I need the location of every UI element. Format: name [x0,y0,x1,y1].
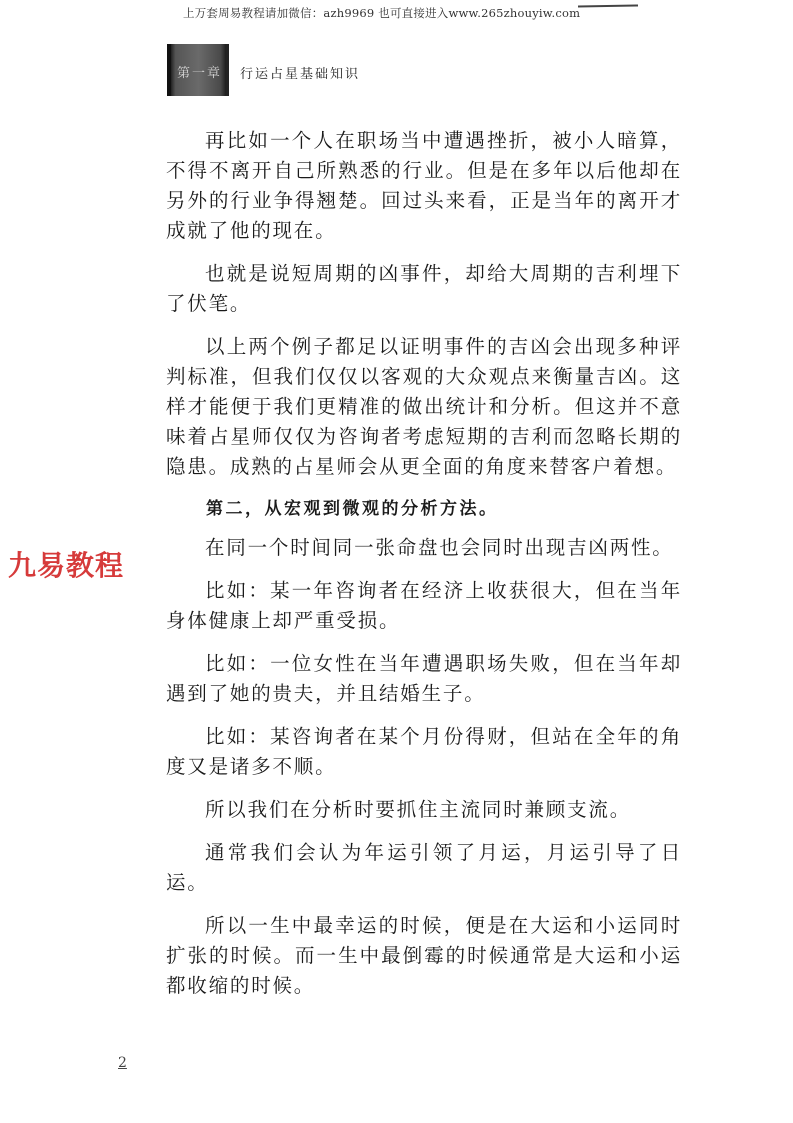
paragraph: 所以一生中最幸运的时候，便是在大运和小运同时扩张的时候。而一生中最倒霉的时候通常… [166,911,682,1001]
paragraph: 所以我们在分析时要抓住主流同时兼顾支流。 [166,795,682,825]
section-heading: 第二，从宏观到微观的分析方法。 [206,495,682,523]
paragraph: 以上两个例子都足以证明事件的吉凶会出现多种评判标准，但我们仅仅以客观的大众观点来… [166,332,682,482]
paragraph: 在同一个时间同一张命盘也会同时出现吉凶两性。 [166,533,682,563]
top-banner: 上万套周易教程请加微信：azh9969 也可直接进入www.265zhouyiw… [183,5,580,21]
page-number: 2 [118,1055,127,1071]
chapter-badge: 第一章 [167,44,229,96]
paragraph: 通常我们会认为年运引领了月运，月运引导了日运。 [166,838,682,898]
decorative-line [578,4,638,7]
paragraph: 再比如一个人在职场当中遭遇挫折，被小人暗算，不得不离开自己所熟悉的行业。但是在多… [166,126,682,246]
paragraph: 比如：一位女性在当年遭遇职场失败，但在当年却遇到了她的贵夫，并且结婚生子。 [166,649,682,709]
watermark: 九易教程 [8,544,124,584]
paragraph: 比如：某一年咨询者在经济上收获很大，但在当年身体健康上却严重受损。 [166,576,682,636]
paragraph: 也就是说短周期的凶事件，却给大周期的吉利埋下了伏笔。 [166,259,682,319]
paragraph: 比如：某咨询者在某个月份得财，但站在全年的角度又是诸多不顺。 [166,722,682,782]
chapter-label: 第一章 [177,62,222,81]
chapter-title: 行运占星基础知识 [240,63,360,82]
page-body: 再比如一个人在职场当中遭遇挫折，被小人暗算，不得不离开自己所熟悉的行业。但是在多… [166,126,682,1014]
